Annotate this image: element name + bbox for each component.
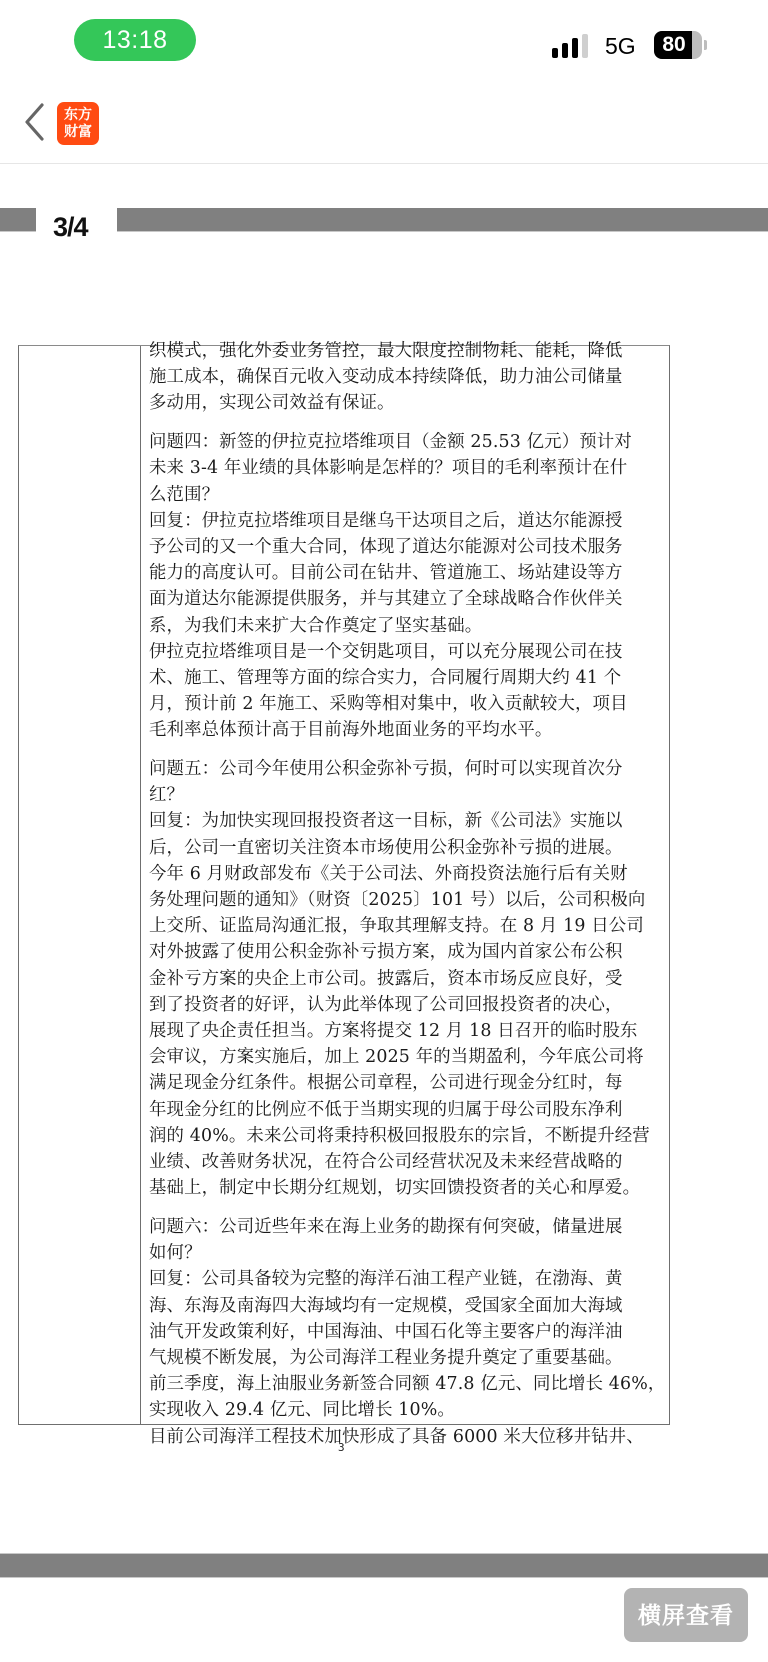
document-line: 基础上，制定中长期分红规划，切实回馈投资者的关心和厚爱。 — [149, 1175, 669, 1201]
document-line: 回复：为加快实现回报投资者这一目标，新《公司法》实施以 — [149, 808, 669, 834]
document-line: 如何？ — [149, 1240, 669, 1266]
battery-tip — [704, 40, 707, 50]
document-line: 回复：伊拉克拉塔维项目是继乌干达项目之后，道达尔能源授 — [149, 508, 669, 534]
document-line: 术、施工、管理等方面的综合实力，合同履行周期大约 41 个 — [149, 665, 669, 691]
nav-header: 东方 财富 — [0, 80, 768, 164]
app-logo-line2: 财富 — [57, 123, 99, 140]
battery-icon: 80 — [654, 31, 702, 59]
page-bar-right — [117, 208, 768, 232]
back-button[interactable] — [20, 100, 50, 144]
document-line: 展现了央企责任担当。方案将提交 12 月 18 日召开的临时股东 — [149, 1018, 669, 1044]
document-line: 伊拉克拉塔维项目是一个交钥匙项目，可以充分展现公司在技 — [149, 639, 669, 665]
document-line: 上交所、证监局沟通汇报，争取其理解支持。在 8 月 19 日公司 — [149, 913, 669, 939]
page-separator-bar — [0, 207, 768, 233]
app-logo-line1: 东方 — [57, 106, 99, 123]
document-line: 问题五：公司今年使用公积金弥补亏损，何时可以实现首次分 — [149, 756, 669, 782]
document-line: 润的 40%。未来公司将秉持积极回报股东的宗旨，不断提升经营 — [149, 1123, 669, 1149]
document-line: 金补亏方案的央企上市公司。披露后，资本市场反应良好，受 — [149, 966, 669, 992]
table-content-column: 织模式，强化外委业务管控，最大限度控制物耗、能耗，降低施工成本，确保百元收入变动… — [149, 338, 669, 1450]
document-line: 业绩、改善财务状况，在符合公司经营状况及未来经营战略的 — [149, 1149, 669, 1175]
document-line: 对外披露了使用公积金弥补亏损方案，成为国内首家公布公积 — [149, 939, 669, 965]
document-line: 面为道达尔能源提供服务，并与其建立了全球战略合作伙伴关 — [149, 586, 669, 612]
document-line: 年现金分红的比例应不低于当期实现的归属于母公司股东净利 — [149, 1097, 669, 1123]
document-line: 多动用，实现公司效益有保证。 — [149, 390, 669, 416]
document-line: 毛利率总体预计高于目前海外地面业务的平均水平。 — [149, 717, 669, 743]
document-line: 海、东海及南海四大海域均有一定规模，受国家全面加大海域 — [149, 1293, 669, 1319]
paragraph-gap — [149, 1202, 669, 1215]
landscape-view-button[interactable]: 横屏查看 — [624, 1588, 748, 1642]
document-line: 前三季度，海上油服业务新签合同额 47.8 亿元、同比增长 46%， — [149, 1371, 669, 1397]
document-line: 后，公司一直密切关注资本市场使用公积金弥补亏损的进展。 — [149, 835, 669, 861]
document-line: 目前公司海洋工程技术加快形成了具备 6000 米大位移井钻井、 — [149, 1424, 669, 1450]
table-left-column — [19, 346, 141, 1424]
document-line: 气规模不断发展，为公司海洋工程业务提升奠定了重要基础。 — [149, 1345, 669, 1371]
document-line: 月，预计前 2 年施工、采购等相对集中，收入贡献较大，项目 — [149, 691, 669, 717]
status-time: 13:18 — [74, 19, 196, 61]
chevron-left-icon — [20, 100, 50, 144]
document-line: 回复：公司具备较为完整的海洋石油工程产业链，在渤海、黄 — [149, 1266, 669, 1292]
battery-level: 80 — [654, 31, 694, 59]
document-line: 未来 3-4 年业绩的具体影响是怎样的？项目的毛利率预计在什 — [149, 455, 669, 481]
document-line: 予公司的又一个重大合同，体现了道达尔能源对公司技术服务 — [149, 534, 669, 560]
page-indicator: 3/4 — [53, 209, 88, 245]
network-type: 5G — [605, 32, 636, 60]
document-line: 到了投资者的好评，认为此举体现了公司回报投资者的决心， — [149, 992, 669, 1018]
document-line: 施工成本，确保百元收入变动成本持续降低，助力油公司储量 — [149, 364, 669, 390]
document-line: 问题六：公司近些年来在海上业务的勘探有何突破，储量进展 — [149, 1214, 669, 1240]
document-line: 织模式，强化外委业务管控，最大限度控制物耗、能耗，降低 — [149, 338, 669, 364]
page-separator-bar-bottom — [0, 1553, 768, 1578]
cellular-signal-icon — [552, 34, 592, 58]
document-line: 问题四：新签的伊拉克拉塔维项目（金额 25.53 亿元）预计对 — [149, 429, 669, 455]
document-line: 么范围？ — [149, 482, 669, 508]
page-bar-left — [0, 208, 36, 232]
paragraph-gap — [149, 744, 669, 757]
document-table: 织模式，强化外委业务管控，最大限度控制物耗、能耗，降低施工成本，确保百元收入变动… — [18, 345, 670, 1425]
document-line: 能力的高度认可。目前公司在钻井、管道施工、场站建设等方 — [149, 560, 669, 586]
paragraph-gap — [149, 417, 669, 430]
document-line: 今年 6 月财政部发布《关于公司法、外商投资法施行后有关财 — [149, 861, 669, 887]
document-line: 油气开发政策利好，中国海油、中国石化等主要客户的海洋油 — [149, 1319, 669, 1345]
document-line: 系，为我们未来扩大合作奠定了坚实基础。 — [149, 613, 669, 639]
document-line: 满足现金分红条件。根据公司章程，公司进行现金分红时，每 — [149, 1070, 669, 1096]
document-line: 务处理问题的通知》（财资〔2025〕101 号）以后，公司积极向 — [149, 887, 669, 913]
document-line: 实现收入 29.4 亿元、同比增长 10%。 — [149, 1397, 669, 1423]
page-number: 3 — [338, 1441, 345, 1454]
document-line: 会审议，方案实施后，加上 2025 年的当期盈利，今年底公司将 — [149, 1044, 669, 1070]
document-line: 红？ — [149, 782, 669, 808]
status-bar: 13:18 5G 80 — [0, 0, 768, 80]
app-logo[interactable]: 东方 财富 — [57, 102, 99, 145]
